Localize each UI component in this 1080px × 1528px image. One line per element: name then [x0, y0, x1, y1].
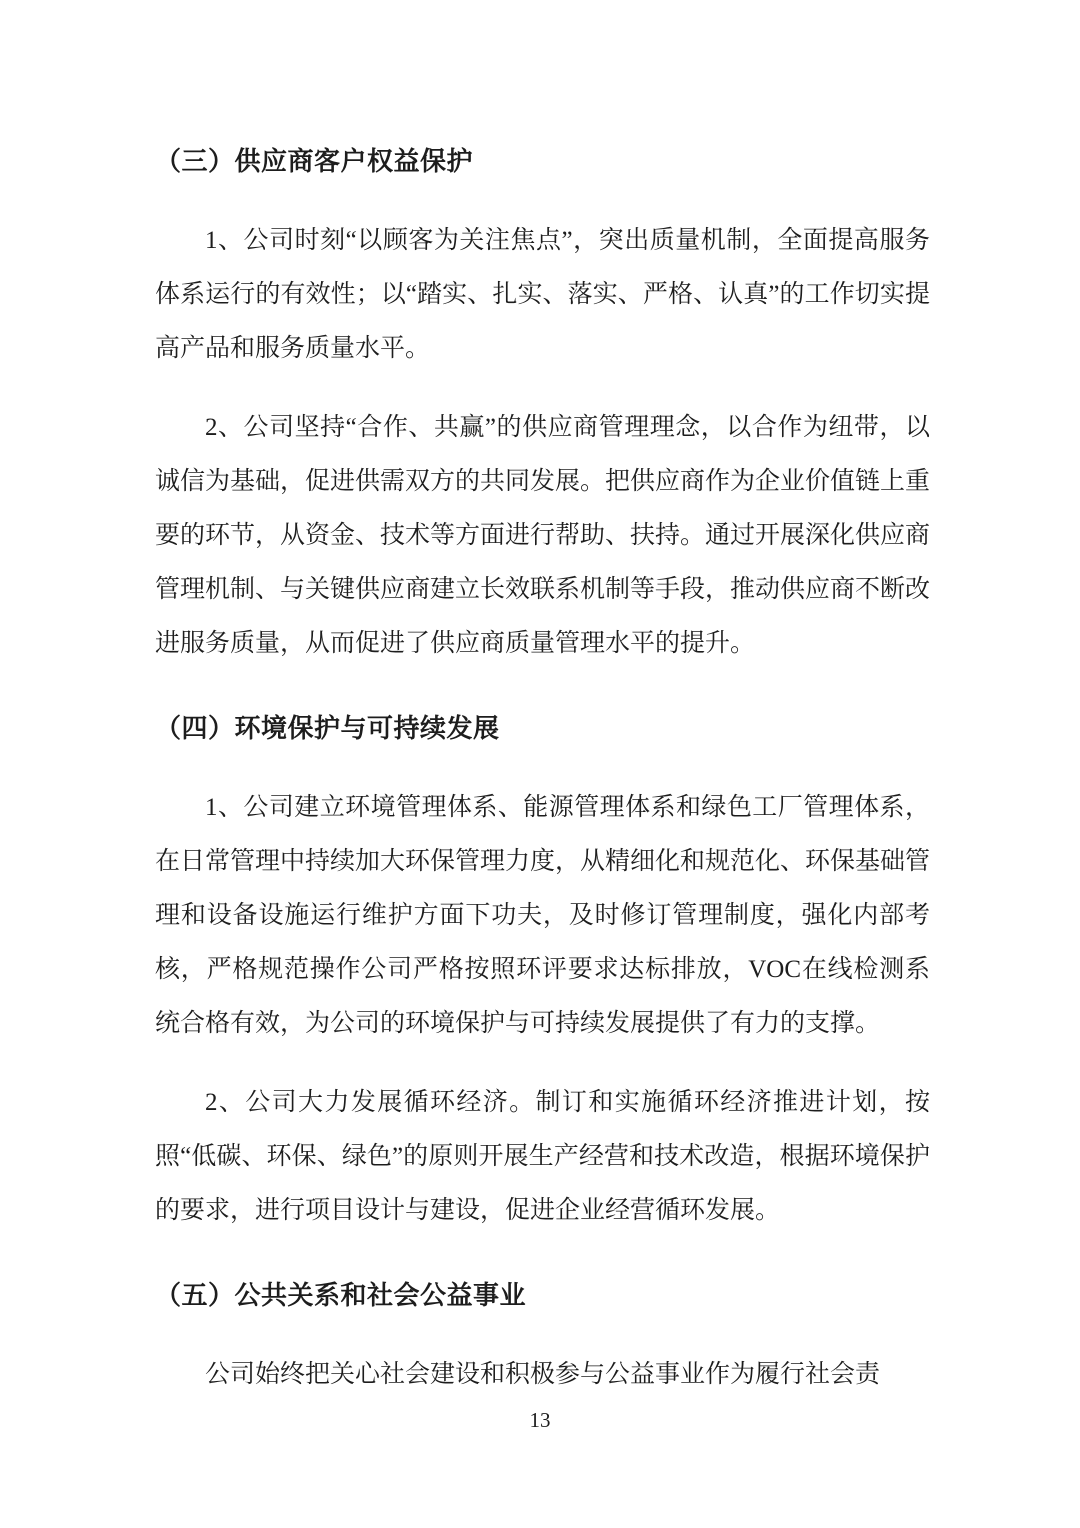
- page-number: 13: [0, 1408, 1080, 1433]
- section-heading: （四）环境保护与可持续发展: [155, 702, 930, 756]
- paragraph: 2、公司坚持“合作、共赢”的供应商管理理念，以合作为纽带，以诚信为基础，促进供需…: [155, 401, 930, 671]
- section-heading: （五）公共关系和社会公益事业: [155, 1269, 930, 1323]
- section-supplier-customer-rights: （三）供应商客户权益保护 1、公司时刻“以顾客为关注焦点”，突出质量机制，全面提…: [155, 135, 930, 671]
- section-public-relations-welfare: （五）公共关系和社会公益事业 公司始终把关心社会建设和积极参与公益事业作为履行社…: [155, 1269, 930, 1402]
- section-environment-sustainability: （四）环境保护与可持续发展 1、公司建立环境管理体系、能源管理体系和绿色工厂管理…: [155, 702, 930, 1238]
- paragraph: 1、公司建立环境管理体系、能源管理体系和绿色工厂管理体系，在日常管理中持续加大环…: [155, 781, 930, 1051]
- document-page: （三）供应商客户权益保护 1、公司时刻“以顾客为关注焦点”，突出质量机制，全面提…: [0, 0, 1080, 1402]
- paragraph: 公司始终把关心社会建设和积极参与公益事业作为履行社会责: [155, 1348, 930, 1402]
- paragraph: 1、公司时刻“以顾客为关注焦点”，突出质量机制，全面提高服务体系运行的有效性；以…: [155, 214, 930, 376]
- section-heading: （三）供应商客户权益保护: [155, 135, 930, 189]
- paragraph: 2、公司大力发展循环经济。制订和实施循环经济推进计划，按照“低碳、环保、绿色”的…: [155, 1076, 930, 1238]
